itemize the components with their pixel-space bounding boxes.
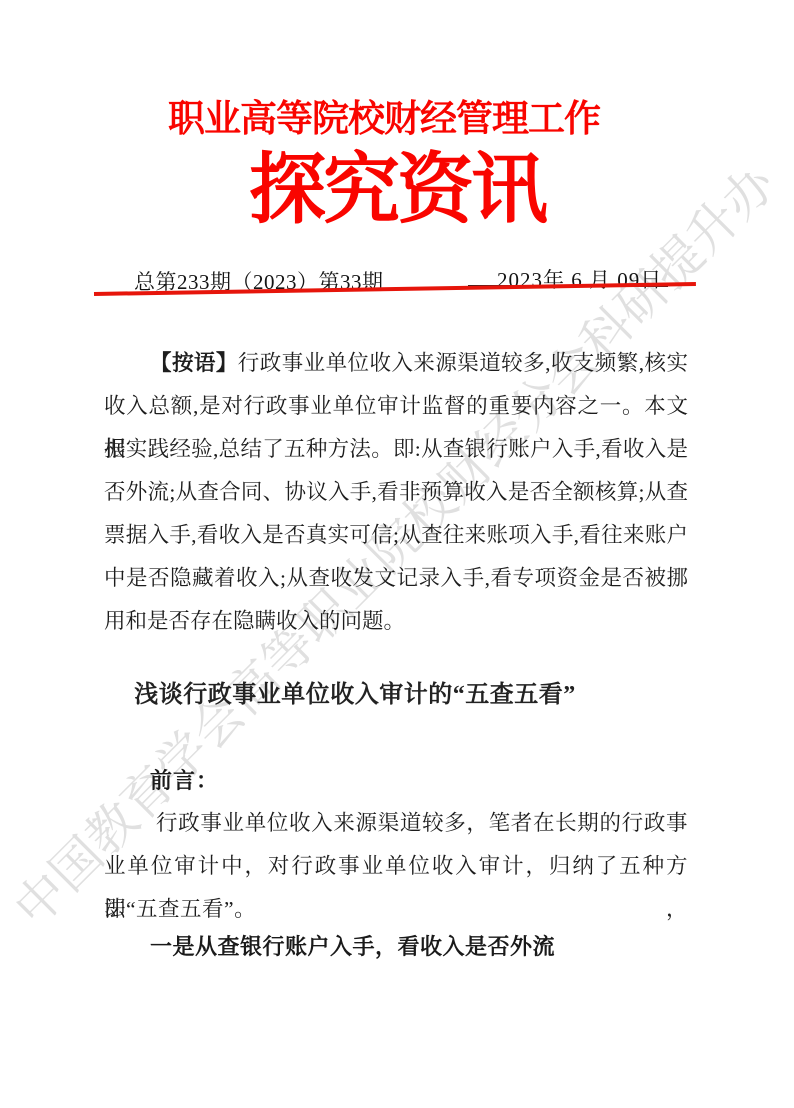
paragraph-line: 据实践经验,总结了五种方法。即:从查银行账户入手,看收入是	[104, 428, 688, 471]
paragraph-line: 否外流;从查合同、协议入手,看非预算收入是否全额核算;从查	[104, 471, 688, 514]
paragraph-text: 行政事业单位收入来源渠道较多,收支频繁,核实	[238, 351, 688, 375]
paragraph-line: 票据入手,看收入是否真实可信;从查往来账项入手,看往来账户	[104, 514, 688, 557]
preface-paragraph: 行政事业单位收入来源渠道较多，笔者在长期的行政事 业单位审计中，对行政事业单位收…	[104, 802, 688, 931]
paragraph-line: 行政事业单位收入来源渠道较多，笔者在长期的行政事	[104, 802, 688, 845]
paragraph-line: 收入总额,是对行政事业单位审计监督的重要内容之一。本文根	[104, 385, 688, 428]
document-page: 中国教育学会高等职业院校财经分会科研提升办 职业高等院校财经管理工作 探究资讯 …	[0, 0, 794, 1108]
paragraph-line: 业单位审计中，对行政事业单位收入审计，归纳了五种方法，	[104, 845, 688, 888]
section-1-heading: 一是从查银行账户入手，看收入是否外流	[150, 930, 555, 961]
issue-date: 2023年 6 月 09日	[497, 264, 662, 294]
preface-label: 前言：	[150, 764, 219, 795]
editor-note-paragraph: 【按语】行政事业单位收入来源渠道较多,收支频繁,核实 收入总额,是对行政事业单位…	[104, 342, 688, 643]
masthead-title: 探究资讯	[0, 146, 794, 235]
article-title: 浅谈行政事业单位收入审计的“五查五看”	[80, 674, 630, 709]
masthead-supertitle: 职业高等院校财经管理工作	[0, 88, 768, 142]
editor-note-label: 【按语】	[150, 351, 238, 375]
paragraph-line: 【按语】行政事业单位收入来源渠道较多,收支频繁,核实	[104, 342, 688, 385]
paragraph-line: 用和是否存在隐瞒收入的问题。	[104, 600, 688, 643]
paragraph-line: 中是否隐藏着收入;从查收发文记录入手,看专项资金是否被挪	[104, 557, 688, 600]
